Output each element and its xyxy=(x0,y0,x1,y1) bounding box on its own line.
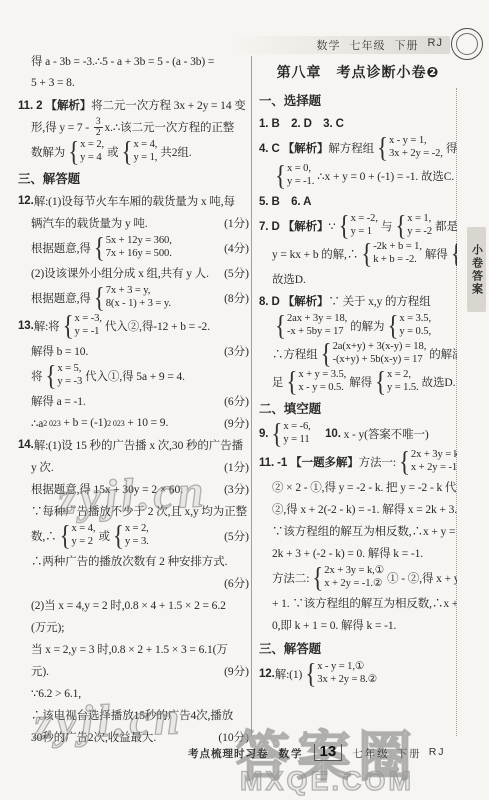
text-line: (万元); xyxy=(18,616,249,638)
page-footer: 考点梳理时习卷 数学 13 七年级 下册 RJ xyxy=(188,744,446,761)
right-column: 第八章 考点诊断小卷❷ 一、选择题1. B 2. D 3. C4. C 【解析】… xyxy=(259,50,457,688)
seal-inner-ring xyxy=(456,33,478,55)
text-line: 5. B 6. A xyxy=(259,190,457,212)
score-label: (6分) xyxy=(220,393,249,409)
scanned-answer-page: 数学 七年级 下册 RJ 得 a - 3b = -3.∴5 - a + 3b =… xyxy=(0,0,489,800)
text-line: ∵每种广告播放不少于 2 次,且 x,y 均为正整 xyxy=(18,500,249,522)
equation-system: {-2k + b = 1,k + b = -2. xyxy=(361,241,422,267)
footer-edition-label: RJ xyxy=(429,746,446,761)
text-line: ∴两种广告的播放次数有 2 种安排方式. xyxy=(18,550,249,572)
text-line: {x = 0,y = -1.∴x + y = 0 + (-1) = -1. 故选… xyxy=(259,162,457,190)
equation-system: {x = -3,y = -1 xyxy=(63,313,102,339)
section-heading: 三、解答题 xyxy=(18,166,249,190)
text-line: 1. B 2. D 3. C xyxy=(259,112,457,134)
chapter-title: 第八章 考点诊断小卷❷ xyxy=(259,50,457,88)
section-heading: 三、解答题 xyxy=(259,636,457,660)
text-line: (2)当 x = 4,y = 2 时,0.8 × 4 + 1.5 × 2 = 6… xyxy=(18,594,249,616)
text-line: ②,得 x + 2(-2 - k) = -1. 解得 x = 2k + 3. xyxy=(259,498,457,520)
equation-system: {7x + 3 = y,8(x - 1) + 3 = y. xyxy=(94,285,171,311)
text-line: 2k + 3 + (-2 - k) = 0. 解得 k = -1. xyxy=(259,542,457,564)
equation-system: {x = 1,y = -2 xyxy=(395,213,432,239)
score-label: (8分) xyxy=(220,290,249,306)
text-line: {2ax + 3y = 18,-x + 5by = 17的解为{x = 3.5,… xyxy=(259,312,457,340)
equation-system: {x = 5,y = -3 xyxy=(45,363,82,389)
text-line: (2)设该课外小组分成 x 组,共有 y 人.(5分) xyxy=(18,262,249,284)
equation-system: {2x + 3y = k,①x + 2y = -1.② xyxy=(312,565,384,591)
equation-system: {x = 0,y = -1. xyxy=(275,163,314,189)
text-line: 当 x = 2,y = 3 时,0.8 × 2 + 1.5 × 3 = 6.1(… xyxy=(18,638,249,660)
equation-system: {2ax + 3y = 18,-x + 5by = 17 xyxy=(275,313,347,339)
text-line: 根据题意,得{5x + 12y = 360,7x + 16y = 500.(4分… xyxy=(18,234,249,262)
text-line: ∴方程组{2a(x+y) + 3(x-y) = 18,-(x+y) + 5b(x… xyxy=(259,340,457,368)
score-label: (6分) xyxy=(220,575,249,591)
text-line: 将{x = 5,y = -3代入①,得 5a + 9 = 4. xyxy=(18,362,249,390)
text-line: 4. C 【解析】解方程组{x - y = 1,3x + 2y = -2,得 xyxy=(259,134,457,162)
footer-subject-label: 数学 xyxy=(279,746,304,761)
text-line: + 1. ∵该方程组的解互为相反数,∴x + y = xyxy=(259,592,457,614)
score-label: (10分) xyxy=(214,729,249,745)
equation-system: {2a(x+y) + 3(x-y) = 18,-(x+y) + 5b(x-y) … xyxy=(321,341,427,367)
equation-system: {x - y = 1,3x + 2y = -2, xyxy=(377,135,443,161)
text-line: 得 a - 3b = -3.∴5 - a + 3b = 5 - (a - 3b)… xyxy=(18,50,249,72)
column-divider xyxy=(251,56,252,736)
equation-system: {x = -2,y = 1 xyxy=(339,213,378,239)
text-line: 方法二:{2x + 3y = k,①x + 2y = -1.②① - ②,得 x… xyxy=(259,564,457,592)
section-heading: 一、选择题 xyxy=(259,88,457,112)
equation-system: {x = 4,y = 1, xyxy=(121,139,157,165)
text-line: 7. D 【解析】∵{x = -2,y = 1与{x = 1,y = -2都是方… xyxy=(259,212,457,240)
text-line: ∴该电视台选择播放15秒的广告4次,播放 xyxy=(18,704,249,726)
equation-system: {5x + 12y = 360,7x + 16y = 500. xyxy=(94,235,172,261)
score-label: (3分) xyxy=(220,343,249,359)
text-line: ∴a2 023 + b = (-1)2 023 + 10 = 9.(9分) xyxy=(18,412,249,434)
text-line: ∵该方程组的解互为相反数,∴x + y = 0,即 xyxy=(259,520,457,542)
text-line: 5 + 3 = 8. xyxy=(18,72,249,94)
text-line: 11. 2 【解析】将二元一次方程 3x + 2y = 14 变 xyxy=(18,94,249,116)
fraction: 32 xyxy=(94,117,103,138)
text-line: 元).(9分) xyxy=(18,660,249,682)
equation-system: {x = 2,y = 4 xyxy=(68,139,104,165)
text-line: 根据题意,得 15x + 30y = 2 × 60.(3分) xyxy=(18,478,249,500)
score-label: (4分) xyxy=(220,240,249,256)
equation-system: {x = 4,y = 2 xyxy=(60,523,96,549)
score-label: (9分) xyxy=(220,663,249,679)
text-line: 根据题意,得{7x + 3 = y,8(x - 1) + 3 = y.(8分) xyxy=(18,284,249,312)
text-line: 12.解:(1){x - y = 1,①3x + 2y = 8.② xyxy=(259,660,457,688)
text-line: 故选D. xyxy=(259,268,457,290)
left-column: 得 a - 3b = -3.∴5 - a + 3b = 5 - (a - 3b)… xyxy=(18,50,249,748)
score-label: (3分) xyxy=(220,481,249,497)
text-line: 解得 a = -1.(6分) xyxy=(18,390,249,412)
watermark-site-url: MXQE.COM xyxy=(240,766,414,797)
text-line: 辆汽车的载货量为 y 吨.(1分) xyxy=(18,212,249,234)
equation-system: {2x + 3y = k,①x + 2y = -1.② xyxy=(399,449,457,475)
footer-edition-meta: 七年级 下册 RJ xyxy=(352,746,445,761)
text-line: 12.解:(1)设每节火车车厢的载货量为 x 吨,每 xyxy=(18,190,249,212)
text-line: 数,∴{x = 4,y = 2或{x = 2,y = 3.(5分) xyxy=(18,522,249,550)
text-line: 足{x + y = 3.5,x - y = 0.5.解得{x = 2,y = 1… xyxy=(259,368,457,396)
text-line: y 次.(1分) xyxy=(18,456,249,478)
section-heading: 二、填空题 xyxy=(259,396,457,420)
text-line: ② × 2 - ①,得 y = -2 - k. 把 y = -2 - k 代入 xyxy=(259,476,457,498)
text-line: 14.解:(1)设 15 秒的广告播 x 次,30 秒的广告播 xyxy=(18,434,249,456)
score-label: (1分) xyxy=(220,215,249,231)
equation-system: {k = -1,b = -1. xyxy=(451,241,457,267)
page-number: 13 xyxy=(314,744,343,761)
footer-volume-label: 下册 xyxy=(397,746,422,761)
text-line: 11. -1 【一题多解】方法一:{2x + 3y = k,①x + 2y = … xyxy=(259,448,457,476)
side-tab-answers: 小卷答案 xyxy=(467,227,486,312)
score-label: (5分) xyxy=(220,528,249,544)
text-line: 9.{x = -6,y = 11 10. x - y(答案不唯一) xyxy=(259,420,457,448)
footer-grade-label: 七年级 xyxy=(352,746,390,761)
text-line: (6分) xyxy=(18,572,249,594)
text-line: 0,即 k + 1 = 0. 解得 k = -1. xyxy=(259,614,457,636)
equation-system: {x = 3.5,y = 0.5, xyxy=(387,313,431,339)
text-line: 数解为{x = 2,y = 4或{x = 4,y = 1,共2组. xyxy=(18,138,249,166)
text-line: 形,得 y = 7 - 32x.∴该二元一次方程的正整 xyxy=(18,116,249,138)
text-line: y = kx + b 的解,∴{-2k + b = 1,k + b = -2.解… xyxy=(259,240,457,268)
equation-system: {x - y = 1,①3x + 2y = 8.② xyxy=(305,661,377,687)
text-line: ∵6.2 > 6.1, xyxy=(18,682,249,704)
text-line: 解得 b = 10.(3分) xyxy=(18,340,249,362)
equation-system: {x = 2,y = 1.5. xyxy=(375,369,419,395)
equation-system: {x = 2,y = 3. xyxy=(113,523,149,549)
text-line: 8. D 【解析】∵ 关于 x,y 的方程组 xyxy=(259,290,457,312)
score-label: (9分) xyxy=(220,415,249,431)
score-label: (5分) xyxy=(220,265,249,281)
text-line: 13.解:将{x = -3,y = -1代入②,得-12 + b = -2. xyxy=(18,312,249,340)
equation-system: {x + y = 3.5,x - y = 0.5. xyxy=(286,369,346,395)
score-label: (1分) xyxy=(220,459,249,475)
equation-system: {x = -6,y = 11 xyxy=(271,421,310,447)
footer-brand-label: 考点梳理时习卷 xyxy=(188,746,269,761)
